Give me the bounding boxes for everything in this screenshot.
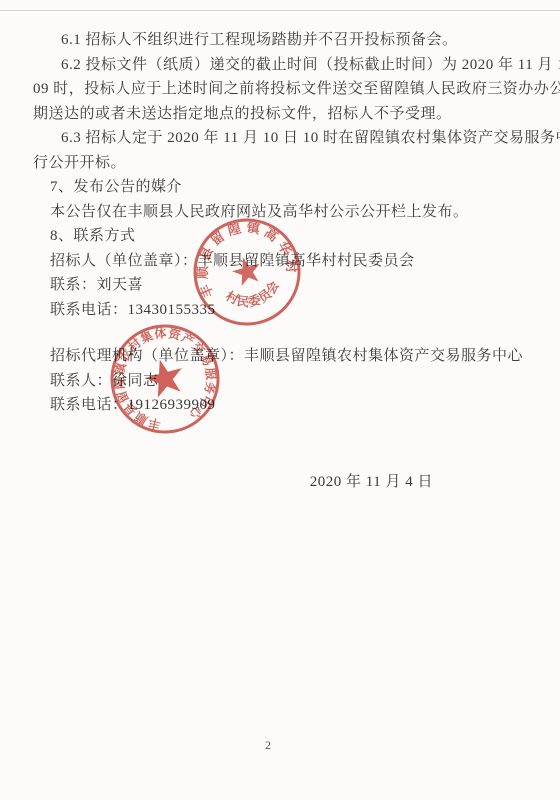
document-body: 6.1 招标人不组织进行工程现场踏勘并不召开投标预备会。 6.2 投标文件（纸质… (33, 28, 533, 494)
contact-name-line: 联系：刘天喜 (33, 273, 533, 298)
section-heading: 8、联系方式 (33, 224, 533, 249)
agency-line: 招标代理机构（单位盖章）：丰顺县留隍镇农村集体资产交易服务中心 (33, 344, 533, 369)
document-line: 6.3 招标人定于 2020 年 11 月 10 日 10 时在留隍镇农村集体资… (33, 126, 533, 151)
contact-phone-line: 联系电话：13430155335 (33, 298, 533, 323)
contact-phone-line: 联系电话：19126939909 (33, 393, 533, 418)
section-heading: 7、发布公告的媒介 (33, 175, 533, 200)
document-line: 09 时，投标人应于上述时间之前将投标文件送交至留隍镇人民政府三资办办公室，逾 (33, 77, 533, 102)
document-line: 6.2 投标文件（纸质）递交的截止时间（投标截止时间）为 2020 年 11 月… (33, 53, 533, 78)
tenderer-line: 招标人（单位盖章）：丰顺县留隍镇高华村村民委员会 (33, 249, 533, 274)
blank-line (33, 322, 533, 344)
scan-edge-line (0, 10, 560, 11)
document-line: 本公告仅在丰顺县人民政府网站及高华村公示公开栏上发布。 (33, 200, 533, 225)
document-line: 行公开开标。 (33, 151, 533, 176)
document-line: 期送达的或者未送达指定地点的投标文件，招标人不予受理。 (33, 102, 533, 127)
page-number: 2 (0, 738, 536, 753)
contact-name-line: 联系人：徐同志 (33, 369, 533, 394)
document-line: 6.1 招标人不组织进行工程现场踏勘并不召开投标预备会。 (33, 28, 533, 53)
document-page: 6.1 招标人不组织进行工程现场踏勘并不召开投标预备会。 6.2 投标文件（纸质… (0, 0, 560, 800)
date-line: 2020 年 11 月 4 日 (33, 470, 533, 495)
